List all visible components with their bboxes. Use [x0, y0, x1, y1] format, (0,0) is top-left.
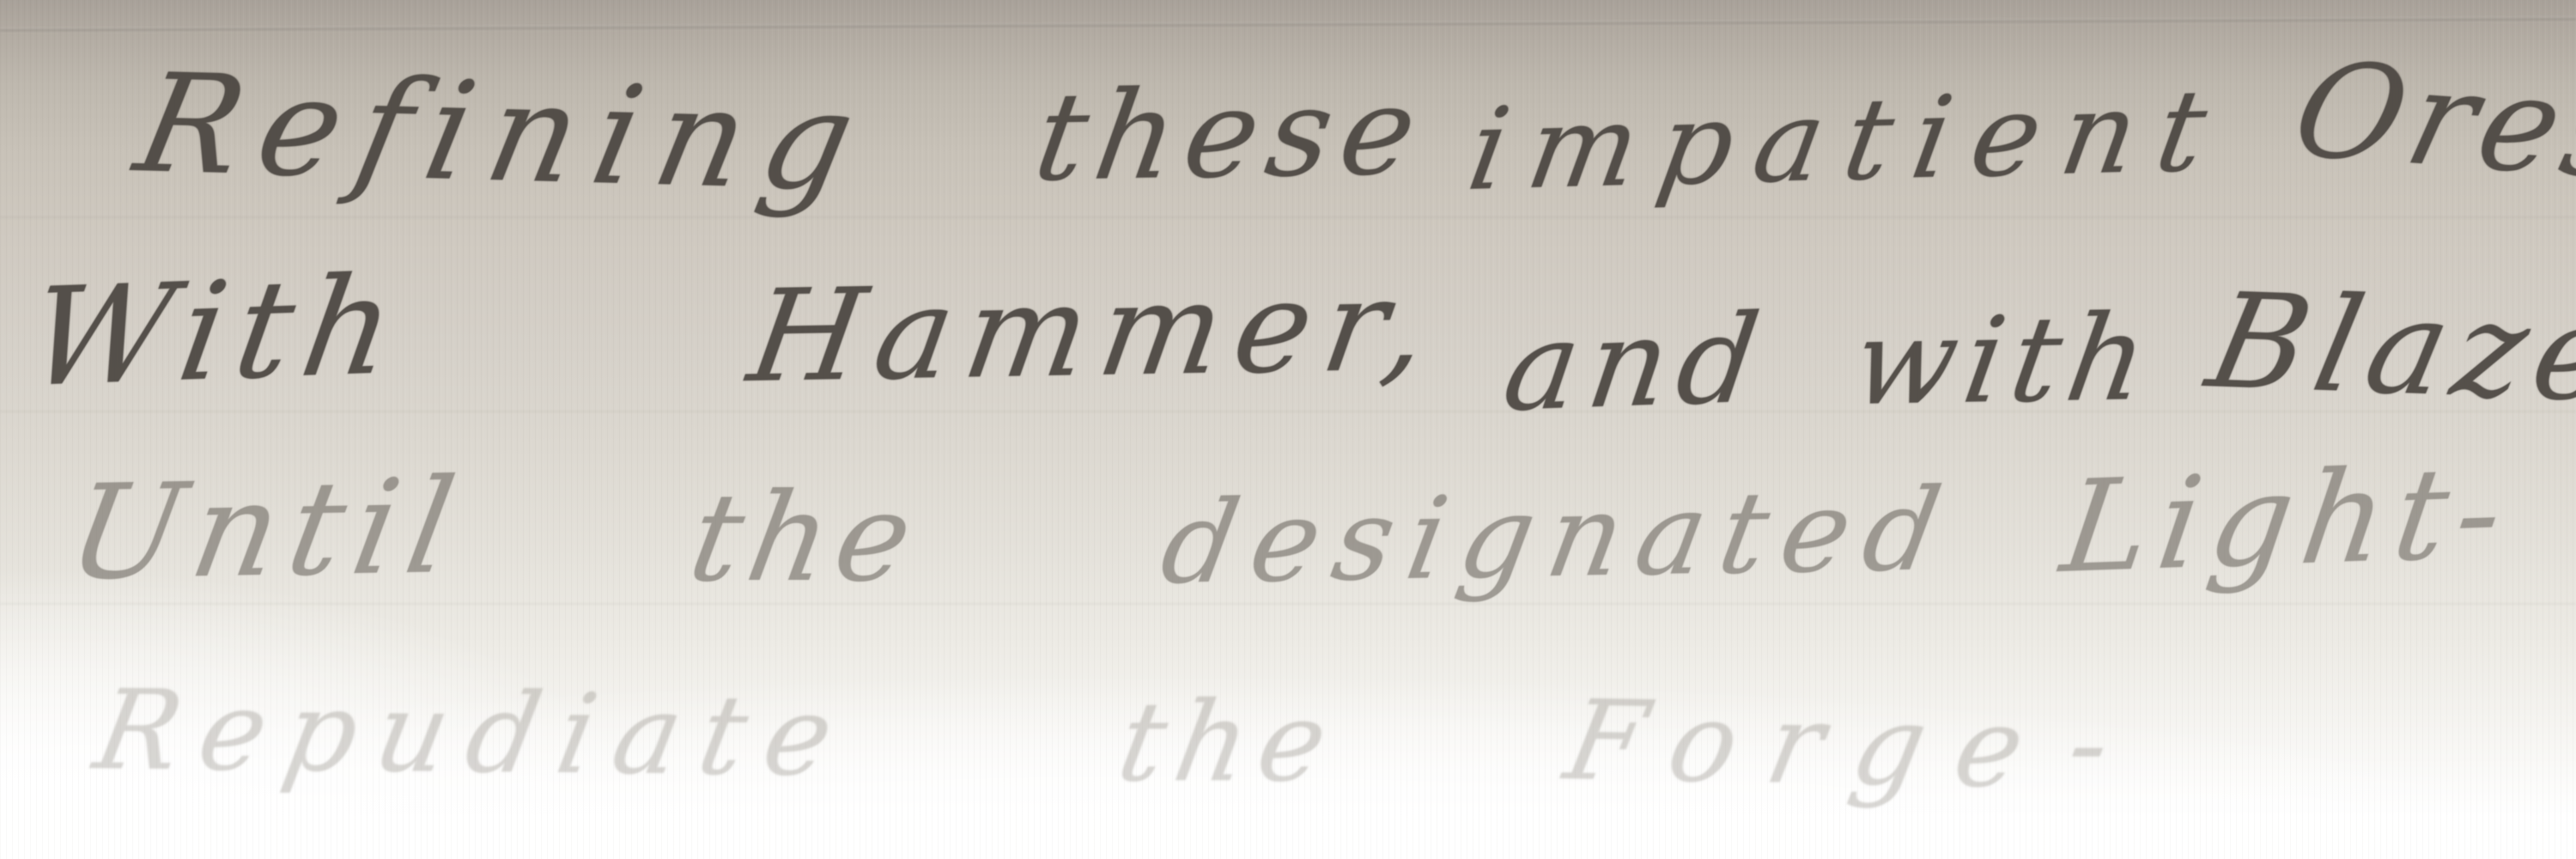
word-the-2: the [1109, 679, 1348, 807]
word-ores: Ores [2280, 33, 2576, 209]
word-until: Until [58, 450, 477, 609]
word-refining: Refining [125, 45, 885, 222]
word-these: these [1026, 60, 1436, 209]
scan-band [0, 216, 2576, 218]
word-repudiate: Repudiate [86, 667, 863, 801]
word-the-1: the [680, 467, 931, 609]
word-and: and [1496, 289, 1777, 439]
paper-crease [0, 16, 2576, 33]
word-blaze: Blaze [2196, 265, 2576, 431]
scan-band [0, 411, 2576, 412]
word-hammer: Hammer, [740, 251, 1452, 411]
word-dash: - [2059, 680, 2119, 808]
word-light: Light- [2054, 438, 2521, 601]
word-impatient: impatient [1460, 64, 2238, 216]
manuscript-page: Refining these impatient Ores With Hamme… [0, 0, 2576, 859]
word-with-1: With [19, 247, 416, 417]
word-designated: designated [1152, 464, 1965, 610]
word-forge: Forge [1556, 677, 2067, 813]
word-with-2: with [1844, 289, 2165, 432]
